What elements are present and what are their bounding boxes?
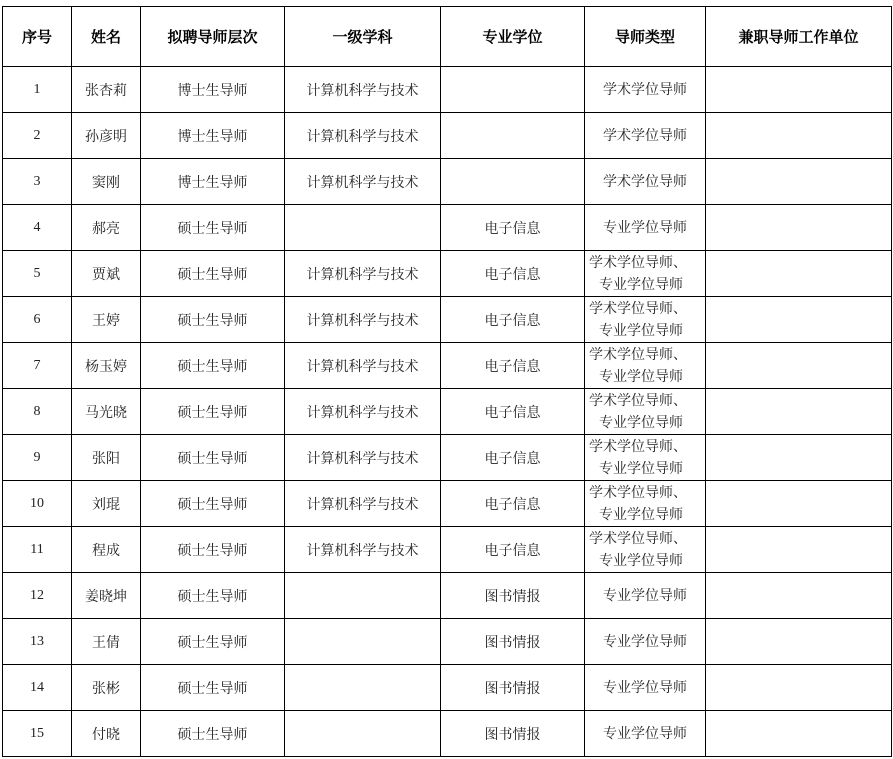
supervisor-type-line: 学术学位导师、 bbox=[589, 344, 705, 366]
cell-no: 10 bbox=[3, 481, 72, 527]
cell-name: 程成 bbox=[72, 527, 141, 573]
cell-parttime-unit bbox=[706, 481, 892, 527]
cell-parttime-unit bbox=[706, 343, 892, 389]
supervisor-type-line: 学术学位导师、 bbox=[589, 436, 705, 458]
table-row: 6王婷硕士生导师计算机科学与技术电子信息学术学位导师、专业学位导师 bbox=[3, 297, 892, 343]
cell-parttime-unit bbox=[706, 619, 892, 665]
cell-name: 马光晓 bbox=[72, 389, 141, 435]
supervisor-type-line: 专业学位导师 bbox=[603, 680, 687, 696]
supervisor-type-line: 学术学位导师 bbox=[603, 128, 687, 144]
cell-discipline: 计算机科学与技术 bbox=[285, 113, 441, 159]
cell-prof-degree: 图书情报 bbox=[441, 665, 585, 711]
cell-level: 博士生导师 bbox=[141, 67, 285, 113]
cell-level: 博士生导师 bbox=[141, 113, 285, 159]
table-row: 14张彬硕士生导师图书情报专业学位导师 bbox=[3, 665, 892, 711]
cell-supervisor-type: 专业学位导师 bbox=[585, 619, 706, 665]
cell-parttime-unit bbox=[706, 205, 892, 251]
table-header: 序号 姓名 拟聘导师层次 一级学科 专业学位 导师类型 兼职导师工作单位 bbox=[3, 7, 892, 67]
cell-name: 王婷 bbox=[72, 297, 141, 343]
cell-name: 姜晓坤 bbox=[72, 573, 141, 619]
cell-discipline bbox=[285, 665, 441, 711]
cell-no: 1 bbox=[3, 67, 72, 113]
supervisor-type-line: 专业学位导师 bbox=[589, 320, 705, 342]
supervisor-type-line: 学术学位导师、 bbox=[589, 252, 705, 274]
cell-level: 硕士生导师 bbox=[141, 619, 285, 665]
cell-supervisor-type: 学术学位导师 bbox=[585, 159, 706, 205]
cell-level: 硕士生导师 bbox=[141, 711, 285, 757]
cell-prof-degree: 图书情报 bbox=[441, 711, 585, 757]
supervisor-type-line: 专业学位导师 bbox=[603, 634, 687, 650]
cell-level: 硕士生导师 bbox=[141, 527, 285, 573]
cell-supervisor-type: 学术学位导师、专业学位导师 bbox=[585, 251, 706, 297]
cell-name: 张杏莉 bbox=[72, 67, 141, 113]
table-body: 1张杏莉博士生导师计算机科学与技术学术学位导师2孙彦明博士生导师计算机科学与技术… bbox=[3, 67, 892, 757]
cell-parttime-unit bbox=[706, 711, 892, 757]
supervisor-type-line: 学术学位导师、 bbox=[589, 482, 705, 504]
cell-parttime-unit bbox=[706, 297, 892, 343]
cell-name: 刘琨 bbox=[72, 481, 141, 527]
table-row: 7杨玉婷硕士生导师计算机科学与技术电子信息学术学位导师、专业学位导师 bbox=[3, 343, 892, 389]
table-row: 10刘琨硕士生导师计算机科学与技术电子信息学术学位导师、专业学位导师 bbox=[3, 481, 892, 527]
cell-discipline: 计算机科学与技术 bbox=[285, 159, 441, 205]
supervisor-type-line: 专业学位导师 bbox=[589, 412, 705, 434]
cell-supervisor-type: 学术学位导师、专业学位导师 bbox=[585, 481, 706, 527]
cell-name: 付晓 bbox=[72, 711, 141, 757]
cell-no: 8 bbox=[3, 389, 72, 435]
cell-name: 张阳 bbox=[72, 435, 141, 481]
cell-no: 13 bbox=[3, 619, 72, 665]
table-row: 1张杏莉博士生导师计算机科学与技术学术学位导师 bbox=[3, 67, 892, 113]
cell-discipline: 计算机科学与技术 bbox=[285, 389, 441, 435]
header-supervisor-type: 导师类型 bbox=[585, 7, 706, 67]
cell-supervisor-type: 学术学位导师、专业学位导师 bbox=[585, 297, 706, 343]
cell-supervisor-type: 学术学位导师、专业学位导师 bbox=[585, 527, 706, 573]
cell-prof-degree bbox=[441, 113, 585, 159]
cell-no: 4 bbox=[3, 205, 72, 251]
cell-prof-degree: 电子信息 bbox=[441, 343, 585, 389]
cell-parttime-unit bbox=[706, 527, 892, 573]
cell-discipline: 计算机科学与技术 bbox=[285, 67, 441, 113]
cell-prof-degree: 电子信息 bbox=[441, 389, 585, 435]
header-prof-degree: 专业学位 bbox=[441, 7, 585, 67]
cell-parttime-unit bbox=[706, 573, 892, 619]
supervisor-type-line: 专业学位导师 bbox=[603, 220, 687, 236]
cell-discipline: 计算机科学与技术 bbox=[285, 435, 441, 481]
cell-no: 11 bbox=[3, 527, 72, 573]
cell-parttime-unit bbox=[706, 113, 892, 159]
cell-discipline bbox=[285, 711, 441, 757]
supervisor-type-line: 专业学位导师 bbox=[589, 550, 705, 572]
table-row: 4郝亮硕士生导师电子信息专业学位导师 bbox=[3, 205, 892, 251]
cell-no: 9 bbox=[3, 435, 72, 481]
cell-name: 张彬 bbox=[72, 665, 141, 711]
supervisor-type-line: 专业学位导师 bbox=[603, 588, 687, 604]
cell-name: 王倩 bbox=[72, 619, 141, 665]
cell-name: 孙彦明 bbox=[72, 113, 141, 159]
cell-name: 杨玉婷 bbox=[72, 343, 141, 389]
cell-supervisor-type: 专业学位导师 bbox=[585, 205, 706, 251]
cell-level: 博士生导师 bbox=[141, 159, 285, 205]
table-row: 3窦刚博士生导师计算机科学与技术学术学位导师 bbox=[3, 159, 892, 205]
header-row: 序号 姓名 拟聘导师层次 一级学科 专业学位 导师类型 兼职导师工作单位 bbox=[3, 7, 892, 67]
cell-parttime-unit bbox=[706, 159, 892, 205]
cell-level: 硕士生导师 bbox=[141, 205, 285, 251]
header-discipline: 一级学科 bbox=[285, 7, 441, 67]
supervisor-type-line: 专业学位导师 bbox=[589, 274, 705, 296]
cell-discipline bbox=[285, 573, 441, 619]
table-row: 8马光晓硕士生导师计算机科学与技术电子信息学术学位导师、专业学位导师 bbox=[3, 389, 892, 435]
cell-no: 15 bbox=[3, 711, 72, 757]
cell-prof-degree: 电子信息 bbox=[441, 251, 585, 297]
cell-name: 贾斌 bbox=[72, 251, 141, 297]
header-level: 拟聘导师层次 bbox=[141, 7, 285, 67]
cell-level: 硕士生导师 bbox=[141, 435, 285, 481]
cell-supervisor-type: 学术学位导师、专业学位导师 bbox=[585, 389, 706, 435]
header-name: 姓名 bbox=[72, 7, 141, 67]
cell-supervisor-type: 学术学位导师 bbox=[585, 113, 706, 159]
cell-discipline: 计算机科学与技术 bbox=[285, 527, 441, 573]
cell-no: 2 bbox=[3, 113, 72, 159]
supervisor-type-line: 专业学位导师 bbox=[603, 726, 687, 742]
cell-discipline: 计算机科学与技术 bbox=[285, 251, 441, 297]
supervisor-type-line: 学术学位导师、 bbox=[589, 390, 705, 412]
header-no: 序号 bbox=[3, 7, 72, 67]
cell-prof-degree bbox=[441, 159, 585, 205]
cell-supervisor-type: 专业学位导师 bbox=[585, 711, 706, 757]
cell-level: 硕士生导师 bbox=[141, 481, 285, 527]
cell-parttime-unit bbox=[706, 389, 892, 435]
cell-parttime-unit bbox=[706, 251, 892, 297]
cell-supervisor-type: 学术学位导师、专业学位导师 bbox=[585, 435, 706, 481]
cell-supervisor-type: 专业学位导师 bbox=[585, 573, 706, 619]
cell-no: 3 bbox=[3, 159, 72, 205]
supervisor-type-line: 专业学位导师 bbox=[589, 458, 705, 480]
cell-prof-degree: 图书情报 bbox=[441, 573, 585, 619]
cell-supervisor-type: 专业学位导师 bbox=[585, 665, 706, 711]
cell-no: 6 bbox=[3, 297, 72, 343]
cell-level: 硕士生导师 bbox=[141, 389, 285, 435]
table-row: 5贾斌硕士生导师计算机科学与技术电子信息学术学位导师、专业学位导师 bbox=[3, 251, 892, 297]
cell-level: 硕士生导师 bbox=[141, 665, 285, 711]
cell-prof-degree bbox=[441, 67, 585, 113]
supervisor-type-line: 学术学位导师、 bbox=[589, 298, 705, 320]
cell-discipline bbox=[285, 619, 441, 665]
cell-supervisor-type: 学术学位导师 bbox=[585, 67, 706, 113]
supervisor-type-line: 学术学位导师 bbox=[603, 174, 687, 190]
cell-prof-degree: 电子信息 bbox=[441, 527, 585, 573]
table-row: 13王倩硕士生导师图书情报专业学位导师 bbox=[3, 619, 892, 665]
cell-level: 硕士生导师 bbox=[141, 573, 285, 619]
cell-parttime-unit bbox=[706, 435, 892, 481]
cell-discipline bbox=[285, 205, 441, 251]
cell-discipline: 计算机科学与技术 bbox=[285, 481, 441, 527]
cell-name: 窦刚 bbox=[72, 159, 141, 205]
cell-name: 郝亮 bbox=[72, 205, 141, 251]
cell-prof-degree: 电子信息 bbox=[441, 205, 585, 251]
cell-no: 5 bbox=[3, 251, 72, 297]
cell-no: 7 bbox=[3, 343, 72, 389]
cell-discipline: 计算机科学与技术 bbox=[285, 343, 441, 389]
cell-prof-degree: 电子信息 bbox=[441, 481, 585, 527]
cell-level: 硕士生导师 bbox=[141, 343, 285, 389]
cell-parttime-unit bbox=[706, 665, 892, 711]
supervisor-type-line: 学术学位导师 bbox=[603, 82, 687, 98]
cell-prof-degree: 电子信息 bbox=[441, 435, 585, 481]
table-row: 11程成硕士生导师计算机科学与技术电子信息学术学位导师、专业学位导师 bbox=[3, 527, 892, 573]
table-row: 9张阳硕士生导师计算机科学与技术电子信息学术学位导师、专业学位导师 bbox=[3, 435, 892, 481]
cell-supervisor-type: 学术学位导师、专业学位导师 bbox=[585, 343, 706, 389]
cell-no: 14 bbox=[3, 665, 72, 711]
table-row: 2孙彦明博士生导师计算机科学与技术学术学位导师 bbox=[3, 113, 892, 159]
cell-no: 12 bbox=[3, 573, 72, 619]
cell-parttime-unit bbox=[706, 67, 892, 113]
cell-prof-degree: 图书情报 bbox=[441, 619, 585, 665]
supervisor-type-line: 学术学位导师、 bbox=[589, 528, 705, 550]
cell-level: 硕士生导师 bbox=[141, 251, 285, 297]
header-parttime-unit: 兼职导师工作单位 bbox=[706, 7, 892, 67]
table-row: 12姜晓坤硕士生导师图书情报专业学位导师 bbox=[3, 573, 892, 619]
supervisor-type-line: 专业学位导师 bbox=[589, 504, 705, 526]
cell-level: 硕士生导师 bbox=[141, 297, 285, 343]
cell-discipline: 计算机科学与技术 bbox=[285, 297, 441, 343]
supervisor-roster-table: 序号 姓名 拟聘导师层次 一级学科 专业学位 导师类型 兼职导师工作单位 1张杏… bbox=[2, 6, 892, 757]
table-row: 15付晓硕士生导师图书情报专业学位导师 bbox=[3, 711, 892, 757]
cell-prof-degree: 电子信息 bbox=[441, 297, 585, 343]
supervisor-type-line: 专业学位导师 bbox=[589, 366, 705, 388]
